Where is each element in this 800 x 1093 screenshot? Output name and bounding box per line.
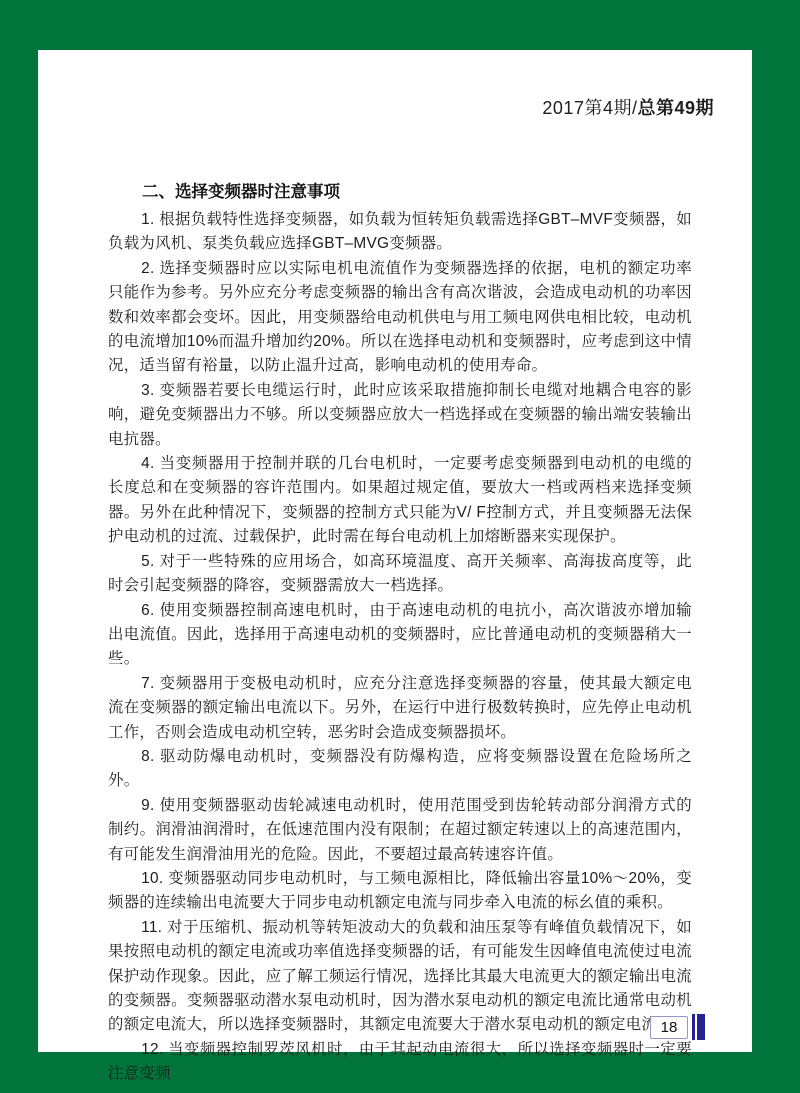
page-number: 18 bbox=[661, 1019, 678, 1036]
article-body: 二、选择变频器时注意事项 1. 根据负载特性选择变频器，如负载为恒转矩负载需选择… bbox=[108, 180, 692, 1087]
paragraph-8: 8. 驱动防爆电动机时，变频器没有防爆构造，应将变频器设置在危险场所之外。 bbox=[108, 745, 692, 794]
paragraph-3: 3. 变频器若要长电缆运行时，此时应该采取措施抑制长电缆对地耦合电容的影响，避免… bbox=[108, 379, 692, 452]
issue-header-regular: 2017第4期/ bbox=[542, 98, 637, 118]
footer-accent-bar-thick bbox=[697, 1014, 705, 1040]
page-footer: 18 bbox=[650, 1013, 705, 1041]
issue-header-bold: 总第49期 bbox=[637, 98, 714, 118]
paragraph-10: 10. 变频器驱动同步电动机时，与工频电源相比，降低输出容量10%～20%，变频… bbox=[108, 867, 692, 916]
paragraph-12: 12. 当变频器控制罗茨风机时，由于其起动电流很大，所以选择变频器时一定要注意变… bbox=[108, 1038, 692, 1087]
paragraph-5: 5. 对于一些特殊的应用场合，如高环境温度、高开关频率、高海拔高度等，此时会引起… bbox=[108, 550, 692, 599]
paragraph-4: 4. 当变频器用于控制并联的几台电机时，一定要考虑变频器到电动机的电缆的长度总和… bbox=[108, 452, 692, 550]
paragraph-2: 2. 选择变频器时应以实际电机电流值作为变频器选择的依据，电机的额定功率只能作为… bbox=[108, 257, 692, 379]
section-heading: 二、选择变频器时注意事项 bbox=[142, 180, 692, 204]
paragraph-6: 6. 使用变频器控制高速电机时，由于高速电动机的电抗小，高次谐波亦增加输出电流值… bbox=[108, 599, 692, 672]
magazine-page: 2017第4期/总第49期 二、选择变频器时注意事项 1. 根据负载特性选择变频… bbox=[38, 50, 752, 1052]
paragraph-1: 1. 根据负载特性选择变频器，如负载为恒转矩负载需选择GBT–MVF变频器，如负… bbox=[108, 208, 692, 257]
journal-page-background: { "colors": { "frame_green": "#00743a", … bbox=[0, 0, 800, 1093]
page-number-box: 18 bbox=[650, 1016, 688, 1039]
journal-issue-header: 2017第4期/总第49期 bbox=[542, 94, 714, 120]
paragraph-9: 9. 使用变频器驱动齿轮减速电动机时，使用范围受到齿轮转动部分润滑方式的制约。润… bbox=[108, 794, 692, 867]
paragraph-11: 11. 对于压缩机、振动机等转矩波动大的负载和油压泵等有峰值负载情况下，如果按照… bbox=[108, 916, 692, 1038]
paragraph-7: 7. 变频器用于变极电动机时，应充分注意选择变频器的容量，使其最大额定电流在变频… bbox=[108, 672, 692, 745]
footer-accent-bar-thin bbox=[692, 1014, 695, 1040]
